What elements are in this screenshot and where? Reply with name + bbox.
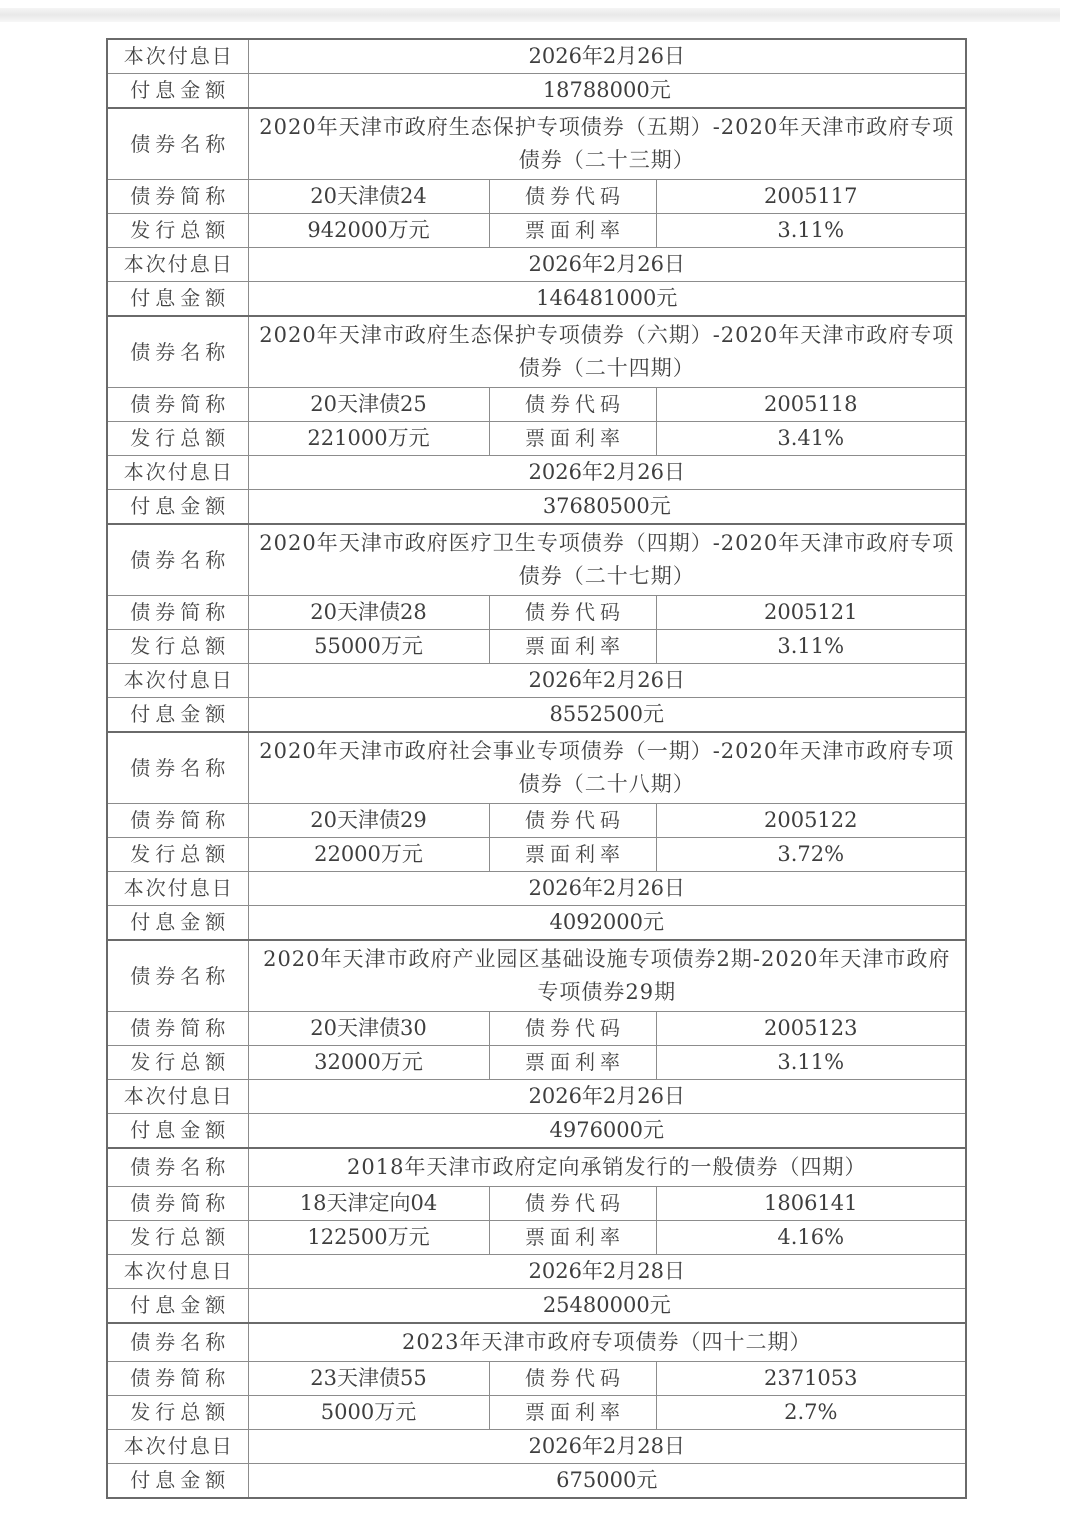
- pay-amount-label: 付息金额: [107, 1464, 248, 1499]
- short-name-value: 20天津债28: [248, 596, 489, 630]
- table-row-issue-total: 发行总额 55000万元 票面利率 3.11%: [107, 630, 966, 664]
- issue-total-value: 221000万元: [248, 422, 489, 456]
- table-row-pay-date: 本次付息日 2026年2月26日: [107, 1080, 966, 1114]
- coupon-rate-value: 3.11%: [656, 1046, 966, 1080]
- issue-total-label: 发行总额: [107, 1046, 248, 1080]
- table-row-issue-total: 发行总额 122500万元 票面利率 4.16%: [107, 1221, 966, 1255]
- table-row-bond-name: 债券名称 2020年天津市政府生态保护专项债券（五期）-2020年天津市政府专项…: [107, 108, 966, 180]
- table-row-short-name: 债券简称 20天津债30 债券代码 2005123: [107, 1012, 966, 1046]
- bond-code-value: 2005122: [656, 804, 966, 838]
- bond-code-value: 2371053: [656, 1362, 966, 1396]
- coupon-rate-label: 票面利率: [489, 1396, 656, 1430]
- bond-code-label: 债券代码: [489, 1362, 656, 1396]
- bond-name-value: 2020年天津市政府生态保护专项债券（六期）-2020年天津市政府专项债券（二十…: [248, 316, 966, 388]
- bond-name-value: 2018年天津市政府定向承销发行的一般债券（四期）: [248, 1148, 966, 1187]
- coupon-rate-value: 4.16%: [656, 1221, 966, 1255]
- pay-amount-label: 付息金额: [107, 490, 248, 525]
- issue-total-value: 942000万元: [248, 214, 489, 248]
- bond-name-label: 债券名称: [107, 732, 248, 804]
- pay-date-value: 2026年2月26日: [248, 39, 966, 74]
- issue-total-value: 5000万元: [248, 1396, 489, 1430]
- table-row-pay-date: 本次付息日 2026年2月26日: [107, 248, 966, 282]
- bond-name-label: 债券名称: [107, 1323, 248, 1362]
- pay-amount-value: 146481000元: [248, 282, 966, 317]
- table-row-pay-date: 本次付息日 2026年2月26日: [107, 456, 966, 490]
- issue-total-value: 122500万元: [248, 1221, 489, 1255]
- pay-amount-label: 付息金额: [107, 698, 248, 733]
- table-row-short-name: 债券简称 23天津债55 债券代码 2371053: [107, 1362, 966, 1396]
- bond-code-label: 债券代码: [489, 1187, 656, 1221]
- table-row-pay-amount: 付息金额 675000元: [107, 1464, 966, 1499]
- table-row-pay-amount: 付息金额 25480000元: [107, 1289, 966, 1324]
- bond-name-value: 2020年天津市政府社会事业专项债券（一期）-2020年天津市政府专项债券（二十…: [248, 732, 966, 804]
- short-name-value: 18天津定向04: [248, 1187, 489, 1221]
- short-name-label: 债券简称: [107, 388, 248, 422]
- table-row-pay-date: 本次付息日 2026年2月26日: [107, 664, 966, 698]
- pay-date-value: 2026年2月26日: [248, 456, 966, 490]
- short-name-label: 债券简称: [107, 596, 248, 630]
- table-row-bond-name: 债券名称 2020年天津市政府产业园区基础设施专项债券2期-2020年天津市政府…: [107, 940, 966, 1012]
- table-row-bond-name: 债券名称 2018年天津市政府定向承销发行的一般债券（四期）: [107, 1148, 966, 1187]
- bond-name-label: 债券名称: [107, 316, 248, 388]
- pay-date-label: 本次付息日: [107, 39, 248, 74]
- table-row-short-name: 债券简称 20天津债28 债券代码 2005121: [107, 596, 966, 630]
- bond-name-label: 债券名称: [107, 940, 248, 1012]
- pay-amount-label: 付息金额: [107, 1289, 248, 1324]
- bond-name-value: 2023年天津市政府专项债券（四十二期）: [248, 1323, 966, 1362]
- short-name-label: 债券简称: [107, 1012, 248, 1046]
- table-row-short-name: 债券简称 20天津债29 债券代码 2005122: [107, 804, 966, 838]
- issue-total-label: 发行总额: [107, 838, 248, 872]
- issue-total-label: 发行总额: [107, 1396, 248, 1430]
- pay-date-label: 本次付息日: [107, 248, 248, 282]
- coupon-rate-label: 票面利率: [489, 630, 656, 664]
- bond-code-value: 2005123: [656, 1012, 966, 1046]
- table-row-pay-amount: 付息金额 4092000元: [107, 906, 966, 941]
- table-row-pay-amount: 付息金额 37680500元: [107, 490, 966, 525]
- bond-code-value: 2005117: [656, 180, 966, 214]
- bond-code-label: 债券代码: [489, 388, 656, 422]
- pay-date-value: 2026年2月26日: [248, 664, 966, 698]
- bond-code-value: 2005121: [656, 596, 966, 630]
- bond-name-value: 2020年天津市政府产业园区基础设施专项债券2期-2020年天津市政府专项债券2…: [248, 940, 966, 1012]
- table-row-issue-total: 发行总额 221000万元 票面利率 3.41%: [107, 422, 966, 456]
- bond-name-label: 债券名称: [107, 524, 248, 596]
- pay-date-label: 本次付息日: [107, 456, 248, 490]
- short-name-label: 债券简称: [107, 1362, 248, 1396]
- bond-code-value: 1806141: [656, 1187, 966, 1221]
- table-row-pay-amount: 付息金额 146481000元: [107, 282, 966, 317]
- short-name-label: 债券简称: [107, 180, 248, 214]
- table-row-issue-total: 发行总额 942000万元 票面利率 3.11%: [107, 214, 966, 248]
- coupon-rate-value: 3.11%: [656, 214, 966, 248]
- coupon-rate-label: 票面利率: [489, 1046, 656, 1080]
- pay-amount-label: 付息金额: [107, 906, 248, 941]
- pay-amount-value: 37680500元: [248, 490, 966, 525]
- bond-name-label: 债券名称: [107, 1148, 248, 1187]
- coupon-rate-label: 票面利率: [489, 838, 656, 872]
- table-row-short-name: 债券简称 18天津定向04 债券代码 1806141: [107, 1187, 966, 1221]
- pay-date-value: 2026年2月26日: [248, 872, 966, 906]
- pay-amount-value: 18788000元: [248, 74, 966, 109]
- pay-date-label: 本次付息日: [107, 1430, 248, 1464]
- issue-total-label: 发行总额: [107, 630, 248, 664]
- issue-total-value: 55000万元: [248, 630, 489, 664]
- pay-amount-value: 4976000元: [248, 1114, 966, 1149]
- bond-code-label: 债券代码: [489, 596, 656, 630]
- table-row-bond-name: 债券名称 2020年天津市政府生态保护专项债券（六期）-2020年天津市政府专项…: [107, 316, 966, 388]
- pay-amount-label: 付息金额: [107, 1114, 248, 1149]
- short-name-label: 债券简称: [107, 1187, 248, 1221]
- issue-total-label: 发行总额: [107, 422, 248, 456]
- coupon-rate-label: 票面利率: [489, 1221, 656, 1255]
- table-row-pay-date: 本次付息日 2026年2月26日: [107, 39, 966, 74]
- pay-amount-value: 4092000元: [248, 906, 966, 941]
- issue-total-value: 22000万元: [248, 838, 489, 872]
- table-row-pay-date: 本次付息日 2026年2月28日: [107, 1430, 966, 1464]
- pay-amount-value: 675000元: [248, 1464, 966, 1499]
- table-row-pay-amount: 付息金额 18788000元: [107, 74, 966, 109]
- table-row-pay-date: 本次付息日 2026年2月28日: [107, 1255, 966, 1289]
- table-row-short-name: 债券简称 20天津债25 债券代码 2005118: [107, 388, 966, 422]
- pay-date-value: 2026年2月28日: [248, 1255, 966, 1289]
- bond-code-label: 债券代码: [489, 1012, 656, 1046]
- issue-total-value: 32000万元: [248, 1046, 489, 1080]
- pay-date-label: 本次付息日: [107, 1255, 248, 1289]
- pay-date-label: 本次付息日: [107, 664, 248, 698]
- short-name-label: 债券简称: [107, 804, 248, 838]
- pay-date-value: 2026年2月26日: [248, 248, 966, 282]
- pay-date-label: 本次付息日: [107, 1080, 248, 1114]
- short-name-value: 20天津债29: [248, 804, 489, 838]
- coupon-rate-value: 3.11%: [656, 630, 966, 664]
- coupon-rate-label: 票面利率: [489, 214, 656, 248]
- pay-date-label: 本次付息日: [107, 872, 248, 906]
- bond-interest-table: 本次付息日 2026年2月26日 付息金额 18788000元 债券名称 202…: [106, 38, 967, 1499]
- pay-amount-label: 付息金额: [107, 74, 248, 109]
- table-row-issue-total: 发行总额 5000万元 票面利率 2.7%: [107, 1396, 966, 1430]
- table-row-pay-amount: 付息金额 4976000元: [107, 1114, 966, 1149]
- bond-code-label: 债券代码: [489, 804, 656, 838]
- pay-date-value: 2026年2月28日: [248, 1430, 966, 1464]
- pay-amount-value: 25480000元: [248, 1289, 966, 1324]
- coupon-rate-value: 2.7%: [656, 1396, 966, 1430]
- coupon-rate-value: 3.41%: [656, 422, 966, 456]
- table-row-pay-amount: 付息金额 8552500元: [107, 698, 966, 733]
- table-row-issue-total: 发行总额 32000万元 票面利率 3.11%: [107, 1046, 966, 1080]
- short-name-value: 20天津债24: [248, 180, 489, 214]
- bond-name-label: 债券名称: [107, 108, 248, 180]
- scan-edge-artifact: [0, 8, 1060, 22]
- table-row-bond-name: 债券名称 2020年天津市政府医疗卫生专项债券（四期）-2020年天津市政府专项…: [107, 524, 966, 596]
- issue-total-label: 发行总额: [107, 1221, 248, 1255]
- bond-name-value: 2020年天津市政府医疗卫生专项债券（四期）-2020年天津市政府专项债券（二十…: [248, 524, 966, 596]
- short-name-value: 23天津债55: [248, 1362, 489, 1396]
- bond-code-value: 2005118: [656, 388, 966, 422]
- short-name-value: 20天津债25: [248, 388, 489, 422]
- pay-amount-label: 付息金额: [107, 282, 248, 317]
- bond-code-label: 债券代码: [489, 180, 656, 214]
- table-row-issue-total: 发行总额 22000万元 票面利率 3.72%: [107, 838, 966, 872]
- short-name-value: 20天津债30: [248, 1012, 489, 1046]
- bond-name-value: 2020年天津市政府生态保护专项债券（五期）-2020年天津市政府专项债券（二十…: [248, 108, 966, 180]
- table-row-bond-name: 债券名称 2023年天津市政府专项债券（四十二期）: [107, 1323, 966, 1362]
- pay-date-value: 2026年2月26日: [248, 1080, 966, 1114]
- pay-amount-value: 8552500元: [248, 698, 966, 733]
- table-row-short-name: 债券简称 20天津债24 债券代码 2005117: [107, 180, 966, 214]
- coupon-rate-value: 3.72%: [656, 838, 966, 872]
- issue-total-label: 发行总额: [107, 214, 248, 248]
- coupon-rate-label: 票面利率: [489, 422, 656, 456]
- table-row-bond-name: 债券名称 2020年天津市政府社会事业专项债券（一期）-2020年天津市政府专项…: [107, 732, 966, 804]
- table-row-pay-date: 本次付息日 2026年2月26日: [107, 872, 966, 906]
